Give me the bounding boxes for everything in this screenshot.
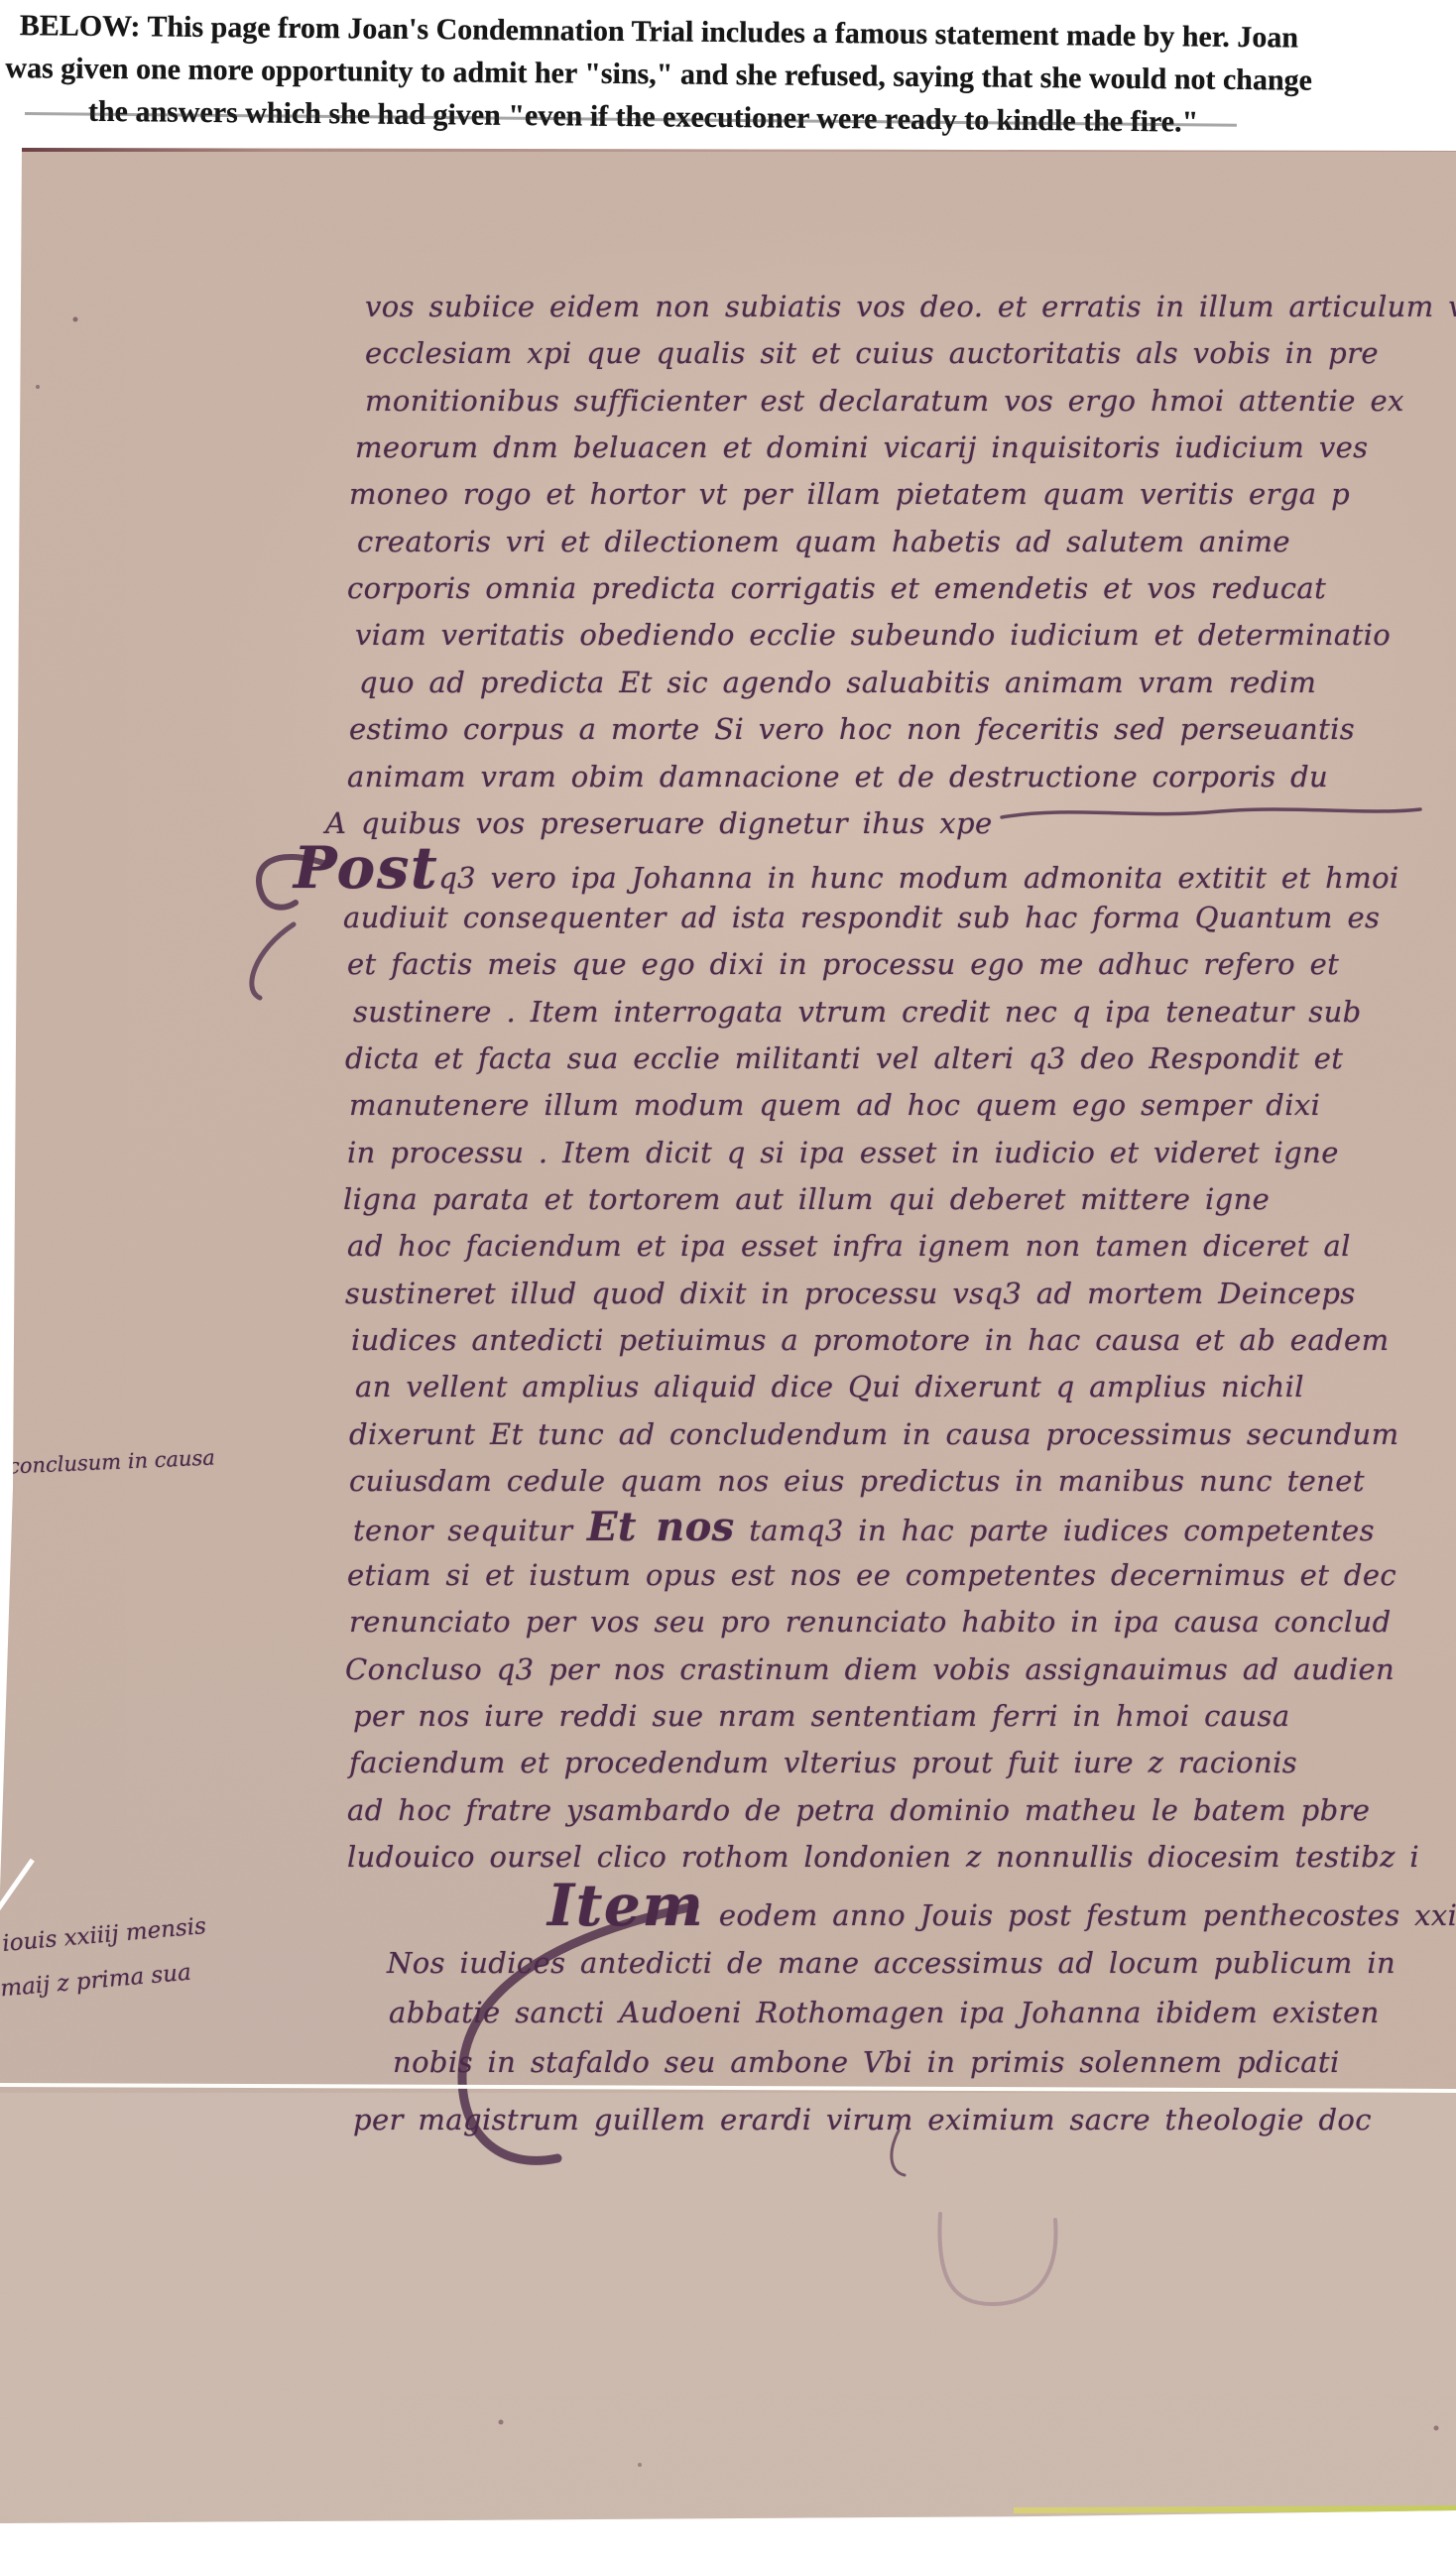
manuscript-line: creatoris vri et dilectionem quam habeti… <box>357 519 1290 565</box>
manuscript-line: estimo corpus a morte Si vero hoc non fe… <box>349 706 1355 753</box>
manuscript-line: abbatie sancti Audoeni Rothomagen ipa Jo… <box>389 1990 1380 2036</box>
manuscript-line: vos subiice eidem non subiatis vos deo. … <box>365 284 1456 330</box>
manuscript-line: Concluso q3 per nos crastinum diem vobis… <box>345 1646 1395 1693</box>
manuscript-line: ligna parata et tortorem aut illum qui d… <box>343 1176 1270 1223</box>
manuscript-line: moneo rogo et hortor vt per illam pietat… <box>349 471 1350 518</box>
manuscript-line: quo ad predicta Et sic agendo saluabitis… <box>359 660 1316 706</box>
manuscript-line: renunciato per vos seu pro renunciato ha… <box>349 1599 1392 1646</box>
manuscript-line: Postq3 vero ipa Johanna in hunc modum ad… <box>294 845 1399 902</box>
manuscript-line: etiam si et iustum opus est nos ee compe… <box>347 1552 1396 1599</box>
manuscript-line: animam vram obim damnacione et de destru… <box>347 754 1328 800</box>
manuscript-line: ad hoc fratre ysambardo de petra dominio… <box>347 1787 1370 1834</box>
manuscript-photo: vos subiice eidem non subiatis vos deo. … <box>0 0 1456 2561</box>
scanned-page: { "caption": { "lines": [ "BELOW: This p… <box>0 0 1456 2561</box>
manuscript-line: et factis meis que ego dixi in processu … <box>347 941 1339 988</box>
manuscript-line: iudices antedicti petiuimus a promotore … <box>351 1317 1389 1364</box>
manuscript-line: per nos iure reddi sue nram sententiam f… <box>353 1693 1290 1740</box>
manuscript-line: audiuit consequenter ad ista respondit s… <box>343 895 1380 941</box>
manuscript-line: an vellent amplius aliquid dice Qui dixe… <box>355 1364 1304 1410</box>
manuscript-line: ecclesiam xpi que qualis sit et cuius au… <box>365 330 1379 377</box>
manuscript-line: tenor sequitur Et nos tamq3 in hac parte… <box>353 1504 1375 1554</box>
manuscript-line: sustineret illud quod dixit in processu … <box>345 1271 1356 1317</box>
manuscript-line: sustinere . Item interrogata vtrum credi… <box>353 989 1362 1036</box>
page-top-edge <box>22 147 1456 152</box>
manuscript-line: cuiusdam cedule quam nos eius predictus … <box>349 1458 1365 1505</box>
manuscript-line: ad hoc faciendum et ipa esset infra igne… <box>347 1223 1351 1270</box>
manuscript-line: manutenere illum modum quem ad hoc quem … <box>349 1082 1320 1129</box>
manuscript-line: Nos iudices antedicti de mane accessimus… <box>387 1940 1395 1987</box>
manuscript-line: nobis in stafaldo seu ambone Vbi in prim… <box>393 2039 1340 2086</box>
parchment-bottom-edge <box>1014 2505 1456 2513</box>
lower-photo-tint <box>0 2093 1456 2525</box>
manuscript-line: dicta et facta sua ecclie militanti vel … <box>345 1036 1343 1082</box>
manuscript-line: ludouico oursel clico rothom londonien z… <box>347 1834 1419 1881</box>
manuscript-line: corporis omnia predicta corrigatis et em… <box>347 565 1326 612</box>
manuscript-line: monitionibus sufficienter est declaratum… <box>365 378 1404 425</box>
manuscript-line: viam veritatis obediendo ecclie subeundo… <box>355 612 1391 659</box>
manuscript-line: dixerunt Et tunc ad concludendum in caus… <box>349 1411 1399 1458</box>
manuscript-line: faciendum et procedendum vlterius prout … <box>349 1740 1297 1786</box>
manuscript-line: meorum dnm beluacen et domini vicarij in… <box>355 425 1368 471</box>
manuscript-line: in processu . Item dicit q si ipa esset … <box>347 1130 1339 1176</box>
manuscript-line: Item eodem anno Jouis post festum penthe… <box>547 1883 1456 1939</box>
manuscript-line: per magistrum guillem erardi virum eximi… <box>353 2097 1372 2143</box>
